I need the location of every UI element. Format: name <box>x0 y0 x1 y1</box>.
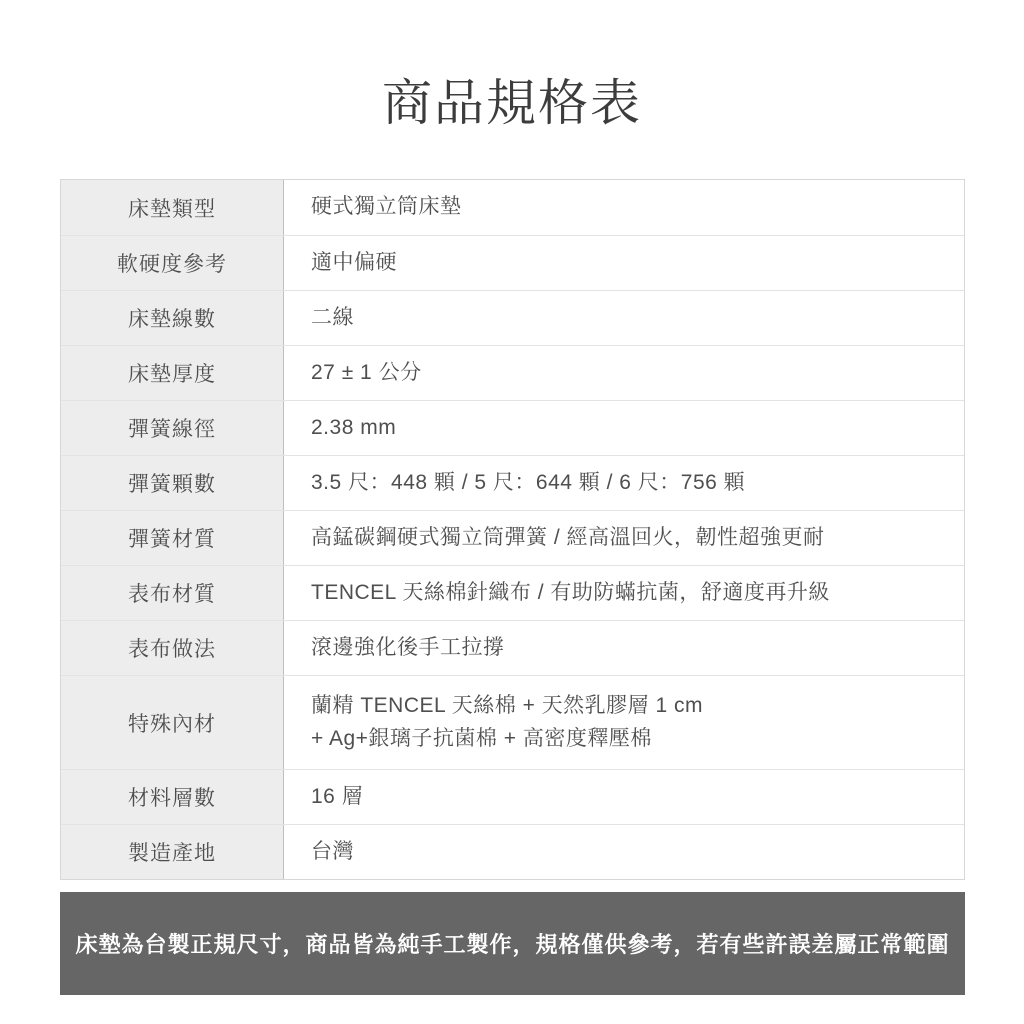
footer-note-text: 床墊為台製正規尺寸，商品皆為純手工製作，規格僅供參考，若有些許誤差屬正常範圍 <box>75 928 949 959</box>
spec-row-label: 床墊厚度 <box>61 346 284 400</box>
spec-row-label: 表布做法 <box>61 621 284 675</box>
spec-row-label: 彈簧顆數 <box>61 456 284 510</box>
spec-row-label: 材料層數 <box>61 770 284 824</box>
spec-row-value: TENCEL 天絲棉針織布 / 有助防蟎抗菌，舒適度再升級 <box>284 566 964 620</box>
spec-row: 特殊內材 蘭精 TENCEL 天絲棉 + 天然乳膠層 1 cm + Ag+銀璃子… <box>61 675 964 769</box>
spec-row: 表布做法 滾邊強化後手工拉撐 <box>61 620 964 675</box>
spec-row-label: 彈簧線徑 <box>61 401 284 455</box>
spec-row: 製造產地 台灣 <box>61 824 964 879</box>
spec-row-value: 台灣 <box>284 825 964 879</box>
page-title: 商品規格表 <box>0 76 1024 131</box>
spec-row: 軟硬度參考 適中偏硬 <box>61 235 964 290</box>
footer-note: 床墊為台製正規尺寸，商品皆為純手工製作，規格僅供參考，若有些許誤差屬正常範圍 <box>60 892 965 995</box>
spec-row-value: 16 層 <box>284 770 964 824</box>
spec-table: 床墊類型 硬式獨立筒床墊 軟硬度參考 適中偏硬 床墊線數 二線 床墊厚度 27 … <box>60 179 965 880</box>
spec-row-value: 二線 <box>284 291 964 345</box>
spec-row: 床墊厚度 27 ± 1 公分 <box>61 345 964 400</box>
spec-row-label: 表布材質 <box>61 566 284 620</box>
spec-row-value: 3.5 尺：448 顆 / 5 尺：644 顆 / 6 尺：756 顆 <box>284 456 964 510</box>
spec-row-label: 特殊內材 <box>61 676 284 769</box>
spec-row: 彈簧材質 高錳碳鋼硬式獨立筒彈簧 / 經高溫回火，韌性超強更耐 <box>61 510 964 565</box>
spec-row-value: 硬式獨立筒床墊 <box>284 180 964 235</box>
spec-row: 彈簧顆數 3.5 尺：448 顆 / 5 尺：644 顆 / 6 尺：756 顆 <box>61 455 964 510</box>
spec-row-label: 床墊類型 <box>61 180 284 235</box>
spec-row-value: 27 ± 1 公分 <box>284 346 964 400</box>
spec-row: 表布材質 TENCEL 天絲棉針織布 / 有助防蟎抗菌，舒適度再升級 <box>61 565 964 620</box>
spec-row-label: 床墊線數 <box>61 291 284 345</box>
spec-row: 材料層數 16 層 <box>61 769 964 824</box>
spec-row-value: 滾邊強化後手工拉撐 <box>284 621 964 675</box>
spec-row-value: 蘭精 TENCEL 天絲棉 + 天然乳膠層 1 cm + Ag+銀璃子抗菌棉 +… <box>284 676 964 769</box>
spec-row-label: 彈簧材質 <box>61 511 284 565</box>
spec-row: 彈簧線徑 2.38 mm <box>61 400 964 455</box>
spec-row-label: 軟硬度參考 <box>61 236 284 290</box>
spec-row: 床墊類型 硬式獨立筒床墊 <box>61 180 964 235</box>
spec-sheet-page: 商品規格表 床墊類型 硬式獨立筒床墊 軟硬度參考 適中偏硬 床墊線數 二線 床墊… <box>0 0 1024 1024</box>
spec-row-label: 製造產地 <box>61 825 284 879</box>
spec-row-value: 適中偏硬 <box>284 236 964 290</box>
spec-row-value: 2.38 mm <box>284 401 964 455</box>
spec-row: 床墊線數 二線 <box>61 290 964 345</box>
spec-row-value: 高錳碳鋼硬式獨立筒彈簧 / 經高溫回火，韌性超強更耐 <box>284 511 964 565</box>
